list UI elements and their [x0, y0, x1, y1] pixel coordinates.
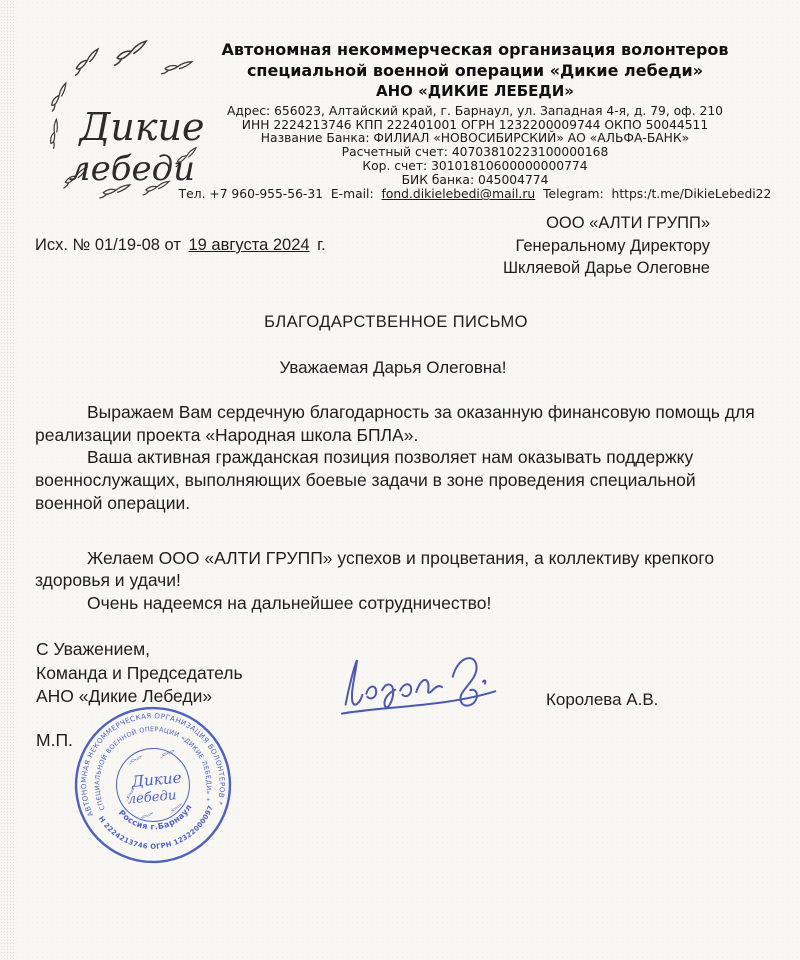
closing-line1: С Уважением,: [36, 638, 243, 662]
letter-title: БЛАГОДАРСТВЕННОЕ ПИСЬМО: [0, 313, 792, 332]
text-line: Выражаем Вам сердечную благодарность за …: [35, 401, 769, 424]
paragraph-1: Выражаем Вам сердечную благодарность за …: [35, 401, 769, 446]
scan-noise: [0, 0, 16, 960]
text-line: Желаем ООО «АЛТИ ГРУПП» успехов и процве…: [35, 547, 769, 570]
text-line: реализации проекта «Народная школа БПЛА»…: [35, 424, 769, 447]
text-line: Ваша активная гражданская позиция позвол…: [35, 446, 769, 469]
reference-line: Исх. № 01/19-08 от 19 августа 2024 г.: [35, 236, 326, 255]
organization-stamp: АВТОНОМНАЯ НЕКОММЕРЧЕСКАЯ ОРГАНИЗАЦИЯ ВО…: [65, 697, 241, 873]
contact-line: Тел. +7 960-955-56-31 E-mail: fond.dikie…: [105, 187, 800, 201]
text-line: Кор. счет: 30101810600000000774: [165, 160, 785, 174]
letterhead: Автономная некоммерческая организация во…: [165, 40, 785, 201]
text-line: военной операции.: [35, 492, 769, 515]
telegram-label: Telegram:: [543, 187, 604, 201]
recipient-name: Шкляевой Дарье Олеговне: [503, 257, 710, 280]
closing-line2: Команда и Председатель: [36, 662, 243, 686]
text-line: Очень надеемся на дальнейшее сотрудничес…: [35, 592, 769, 615]
paragraph-4: Очень надеемся на дальнейшее сотрудничес…: [35, 592, 769, 615]
paragraph-3: Желаем ООО «АЛТИ ГРУПП» успехов и процве…: [35, 547, 769, 592]
reference-date: 19 августа 2024: [186, 236, 313, 254]
phone: Тел. +7 960-955-56-31: [179, 187, 323, 201]
org-short-name: АНО «ДИКИЕ ЛЕБЕДИ»: [165, 82, 785, 101]
recipient-company: ООО «АЛТИ ГРУПП»: [503, 212, 710, 235]
email-address: fond.dikielebedi@mail.ru: [382, 187, 536, 201]
handwritten-signature: [332, 645, 503, 726]
scanned-letter-page: Дикие лебеди Автономная некоммерческая о…: [0, 0, 800, 960]
reference-prefix: Исх. № 01/19-08 от: [35, 236, 181, 254]
email-label: E-mail:: [331, 187, 374, 201]
text-line: здоровья и удачи!: [35, 569, 769, 592]
org-name-line1: Автономная некоммерческая организация во…: [165, 40, 785, 61]
reference-suffix: г.: [317, 236, 326, 254]
paragraph-2: Ваша активная гражданская позиция позвол…: [35, 446, 769, 514]
text-line: Адрес: 656023, Алтайский край, г. Барнау…: [165, 105, 785, 119]
telegram-url: https:/t.me/DikieLebedi22: [612, 187, 772, 201]
org-name-line2: специальной военной операции «Дикие лебе…: [165, 61, 785, 82]
text-line: Расчетный счет: 40703810223100000168: [165, 146, 785, 160]
text-line: Название Банка: ФИЛИАЛ «НОВОСИБИРСКИЙ» А…: [165, 132, 785, 146]
text-line: БИК банка: 045004774: [165, 174, 785, 188]
letter-body: Выражаем Вам сердечную благодарность за …: [35, 401, 769, 615]
salutation: Уважаемая Дарья Олеговна!: [0, 358, 786, 378]
signer-name: Королева А.В.: [546, 690, 658, 710]
recipient-position: Генеральному Директору: [503, 235, 710, 258]
text-line: военнослужащих, выполняющих боевые задач…: [35, 469, 769, 492]
org-details: Адрес: 656023, Алтайский край, г. Барнау…: [165, 105, 785, 187]
recipient-block: ООО «АЛТИ ГРУПП» Генеральному Директору …: [503, 212, 710, 280]
stamp-center-line2: лебеди: [127, 788, 177, 807]
